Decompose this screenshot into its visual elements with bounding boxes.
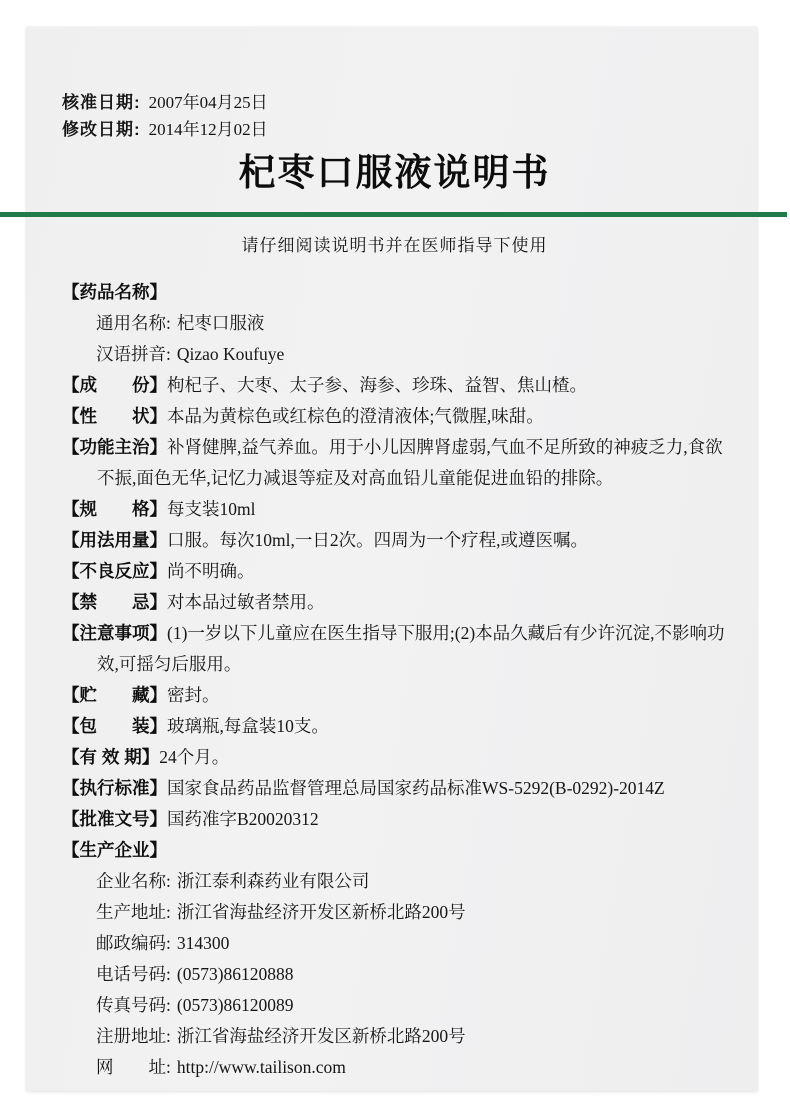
- spec-row: 【规 格】每支装10ml: [62, 494, 727, 525]
- row-text: 对本品过敏者禁用。: [167, 592, 325, 612]
- revision-date-value: 2014年12月02日: [141, 120, 268, 139]
- spec-row: 【执行标准】国家食品药品监督管理总局国家药品标准WS-5292(B-0292)-…: [62, 773, 727, 804]
- spec-row: 【禁 忌】对本品过敏者禁用。: [62, 587, 727, 618]
- spec-row: 【生产企业】: [62, 835, 727, 866]
- row-label: 【生产企业】: [62, 840, 167, 860]
- row-text: 尚不明确。: [167, 561, 255, 581]
- row-label: 汉语拼音:: [96, 344, 171, 364]
- spec-row: 电话号码:(0573)86120888: [62, 959, 727, 990]
- row-label: 生产地址:: [96, 902, 171, 922]
- row-label: 【规 格】: [62, 499, 167, 519]
- spec-row: 汉语拼音:Qizao Koufuye: [62, 339, 727, 370]
- row-label: 【性 状】: [62, 406, 167, 426]
- page-title: 杞枣口服液说明书: [62, 149, 727, 197]
- row-label: 【贮 藏】: [62, 685, 167, 705]
- row-label: 传真号码:: [96, 995, 171, 1015]
- row-label: 网 址:: [96, 1057, 171, 1077]
- row-label: 【包 装】: [62, 716, 167, 736]
- row-text: 玻璃瓶,每盒装10支。: [167, 716, 329, 736]
- row-label: 【功能主治】: [62, 437, 167, 457]
- row-label: 邮政编码:: [96, 933, 171, 953]
- row-text: (0573)86120089: [171, 995, 294, 1015]
- spec-row: 【注意事项】(1)一岁以下儿童应在医生指导下服用;(2)本品久藏后有少许沉淀,不…: [62, 618, 727, 680]
- row-text: (0573)86120888: [171, 964, 294, 984]
- row-label: 电话号码:: [96, 964, 171, 984]
- row-text: 浙江省海盐经济开发区新桥北路200号: [171, 1026, 466, 1046]
- spec-row: 【成 份】枸杞子、大枣、太子参、海参、珍珠、益智、焦山楂。: [62, 370, 727, 401]
- usage-notice: 请仔细阅读说明书并在医师指导下使用: [62, 234, 727, 258]
- row-label: 【执行标准】: [62, 778, 167, 798]
- row-text: 每支装10ml: [167, 499, 255, 519]
- approval-date-value: 2007年04月25日: [141, 93, 268, 112]
- row-text: 314300: [171, 933, 230, 953]
- spec-row: 【性 状】本品为黄棕色或红棕色的澄清液体;气微腥,味甜。: [62, 401, 727, 432]
- row-label: 企业名称:: [96, 871, 171, 891]
- green-divider: [0, 212, 787, 217]
- approval-date-label: 核准日期:: [62, 93, 141, 112]
- spec-row: 【贮 藏】密封。: [62, 680, 727, 711]
- row-text: 国药准字B20020312: [167, 809, 319, 829]
- approval-date-row: 核准日期:2007年04月25日: [62, 89, 727, 116]
- row-label: 【成 份】: [62, 375, 167, 395]
- date-block: 核准日期:2007年04月25日 修改日期:2014年12月02日: [62, 27, 727, 143]
- row-text: 本品为黄棕色或红棕色的澄清液体;气微腥,味甜。: [167, 406, 544, 426]
- row-label: 【注意事项】: [62, 623, 167, 643]
- row-label: 【禁 忌】: [62, 592, 167, 612]
- row-label: 注册地址:: [96, 1026, 171, 1046]
- spec-row: 网 址:http://www.tailison.com: [62, 1052, 727, 1083]
- spec-row: 【包 装】玻璃瓶,每盒装10支。: [62, 711, 727, 742]
- row-text: 24个月。: [159, 747, 229, 767]
- row-text: http://www.tailison.com: [171, 1057, 346, 1077]
- package-insert-page: 核准日期:2007年04月25日 修改日期:2014年12月02日 杞枣口服液说…: [26, 27, 757, 1091]
- row-text: 浙江泰利森药业有限公司: [171, 871, 370, 891]
- spec-row: 传真号码:(0573)86120089: [62, 990, 727, 1021]
- spec-row: 生产地址:浙江省海盐经济开发区新桥北路200号: [62, 897, 727, 928]
- spec-rows-container: 【药品名称】 通用名称:杞枣口服液 汉语拼音:Qizao Koufuye 【成 …: [62, 277, 727, 1083]
- row-label: 【批准文号】: [62, 809, 167, 829]
- row-text: 杞枣口服液: [171, 313, 265, 333]
- spec-row: 【药品名称】: [62, 277, 727, 308]
- row-text: 补肾健脾,益气养血。用于小儿因脾肾虚弱,气血不足所致的神疲乏力,食欲不振,面色无…: [97, 437, 723, 488]
- row-text: 密封。: [167, 685, 220, 705]
- row-text: 国家食品药品监督管理总局国家药品标准WS-5292(B-0292)-2014Z: [167, 778, 665, 798]
- row-label: 【有 效 期】: [62, 747, 159, 767]
- row-label: 【用法用量】: [62, 530, 167, 550]
- spec-row: 【有 效 期】24个月。: [62, 742, 727, 773]
- spec-row: 【不良反应】尚不明确。: [62, 556, 727, 587]
- row-label: 【不良反应】: [62, 561, 167, 581]
- spec-row: 【批准文号】国药准字B20020312: [62, 804, 727, 835]
- row-label: 通用名称:: [96, 313, 171, 333]
- spec-row: 通用名称:杞枣口服液: [62, 308, 727, 339]
- row-text: (1)一岁以下儿童应在医生指导下服用;(2)本品久藏后有少许沉淀,不影响功效,可…: [97, 623, 725, 674]
- row-text: 浙江省海盐经济开发区新桥北路200号: [171, 902, 466, 922]
- spec-row: 注册地址:浙江省海盐经济开发区新桥北路200号: [62, 1021, 727, 1052]
- row-label: 【药品名称】: [62, 282, 167, 302]
- revision-date-label: 修改日期:: [62, 120, 141, 139]
- spec-row: 【功能主治】补肾健脾,益气养血。用于小儿因脾肾虚弱,气血不足所致的神疲乏力,食欲…: [62, 432, 727, 494]
- revision-date-row: 修改日期:2014年12月02日: [62, 116, 727, 143]
- row-text: 口服。每次10ml,一日2次。四周为一个疗程,或遵医嘱。: [167, 530, 588, 550]
- row-text: 枸杞子、大枣、太子参、海参、珍珠、益智、焦山楂。: [167, 375, 587, 395]
- spec-row: 【用法用量】口服。每次10ml,一日2次。四周为一个疗程,或遵医嘱。: [62, 525, 727, 556]
- spec-row: 企业名称:浙江泰利森药业有限公司: [62, 866, 727, 897]
- spec-row: 邮政编码:314300: [62, 928, 727, 959]
- row-text: Qizao Koufuye: [171, 344, 284, 364]
